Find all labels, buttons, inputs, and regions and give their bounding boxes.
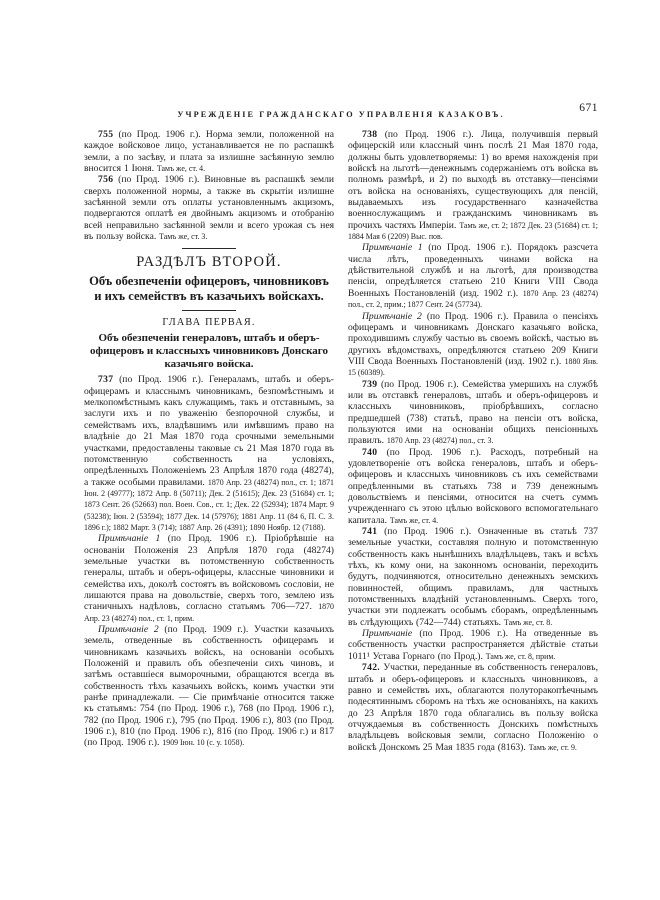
note-right-2: Примѣчаніе 2 (по Прод. 1906 г.). Правила… [348, 311, 598, 379]
article-intro: (по Прод. 1906 г.). [119, 374, 203, 385]
source-citation: Тамъ же, ст. 3. [159, 232, 207, 241]
source-citation: Тамъ же, ст. 4. [390, 516, 438, 525]
article-number: 737 [98, 374, 113, 385]
note-intro: (по Прод. 1906 г.). [427, 311, 509, 322]
book-page: УЧРЕЖДЕНІЕ ГРАЖДАНСКАГО УПРАВЛЕНІЯ КАЗАК… [0, 0, 660, 900]
note-left-9: Примѣчаніе 1 (по Прод. 1906 г.). Пріобрѣ… [84, 533, 334, 624]
article-intro: (по Прод. 1906 г.). [385, 129, 474, 140]
source-citation: Тамъ же, ст. 4. [157, 164, 205, 173]
right-column: 738 (по Прод. 1906 г.). Лица, получившія… [348, 129, 598, 753]
note-label: Примѣчаніе 1 [98, 533, 160, 544]
article-intro: (по Прод. 1906 г.). [387, 447, 482, 458]
source-citation: 1909 Іюн. 10 (с. у. 1058). [162, 738, 244, 747]
article-755: 755 (по Прод. 1906 г.). Норма земли, пол… [84, 129, 334, 174]
note-text: Участки казачьихъ земель, отведенные въ … [84, 624, 334, 748]
section-title: РАЗДѢЛЪ ВТОРОЙ. [84, 254, 334, 271]
running-header: УЧРЕЖДЕНІЕ ГРАЖДАНСКАГО УПРАВЛЕНІЯ КАЗАК… [84, 104, 598, 120]
note-label: Примѣчаніе [362, 628, 412, 639]
note-intro: (по Прод. 1906 г.). [419, 628, 508, 639]
section-divider [182, 310, 236, 311]
article-text: Означенные въ статьѣ 737 земельные участ… [348, 526, 598, 628]
note-text: Пріобрѣвшіе на основаніи Положенія 23 Ап… [84, 533, 334, 612]
section-subtitle: Объ обезпеченіи офицеровъ, чиновниковъ и… [84, 274, 334, 304]
note-intro: (по Прод. 1909 г.). [164, 624, 248, 635]
source-citation: 1870 Апр. 23 (48274) пол., ст. 3. [387, 436, 494, 445]
article-text: Участки, переданные въ собственность ген… [348, 662, 598, 752]
note-right-6: Примѣчаніе (по Прод. 1906 г.). На отведе… [348, 628, 598, 662]
article-intro: (по Прод. 1906 г.). [384, 526, 471, 537]
article-intro: (по Прод. 1906 г.). [118, 129, 200, 140]
article-number: 740 [362, 447, 377, 458]
article-740: 740 (по Прод. 1906 г.). Расходъ, потребн… [348, 447, 598, 526]
article-number: 741 [362, 526, 377, 537]
article-741: 741 (по Прод. 1906 г.). Означенные въ ст… [348, 526, 598, 628]
note-label: Примѣчаніе 1 [362, 242, 423, 253]
note-right-1: Примѣчаніе 1 (по Прод. 1906 г.). Порядок… [348, 242, 598, 310]
left-column: 755 (по Прод. 1906 г.). Норма земли, пол… [84, 129, 334, 749]
article-number: 739 [362, 379, 377, 390]
article-737: 737 (по Прод. 1906 г.). Генераламъ, штаб… [84, 374, 334, 533]
article-intro: (по Прод. 1906 г.). [118, 174, 199, 185]
article-text: Расходъ, потребный на удовлетвореніе отъ… [348, 447, 598, 526]
note-intro: (по Прод. 1906 г.). [168, 533, 257, 544]
note-label: Примѣчаніе 2 [98, 624, 159, 635]
source-citation: Тамъ же, ст. 9. [529, 743, 577, 752]
two-column-text: 755 (по Прод. 1906 г.). Норма земли, пол… [84, 129, 598, 753]
note-label: Примѣчаніе 2 [362, 311, 422, 322]
section-divider [182, 248, 236, 249]
article-756: 756 (по Прод. 1906 г.). Виновные въ расп… [84, 174, 334, 242]
article-742: 742. Участки, переданные въ собственност… [348, 662, 598, 753]
running-header-title: УЧРЕЖДЕНІЕ ГРАЖДАНСКАГО УПРАВЛЕНІЯ КАЗАК… [177, 110, 504, 119]
source-citation: Тамъ же, ст. 8, прим. [486, 652, 556, 661]
note-intro: (по Прод. 1906 г.). [428, 242, 512, 253]
article-number: 755 [98, 129, 113, 140]
article-intro: (по Прод. 1906 г.). [381, 379, 459, 390]
article-text: Лица, получившія первый офицерскій или к… [348, 129, 598, 231]
source-citation: Тамъ же, ст. 8. [504, 618, 552, 627]
article-number: 756 [98, 174, 113, 185]
article-738: 738 (по Прод. 1906 г.). Лица, получившія… [348, 129, 598, 242]
article-number: 738 [362, 129, 377, 140]
article-text: Генераламъ, штабъ и оберъ-офицерамъ и кл… [84, 374, 334, 487]
article-number: 742. [362, 662, 380, 673]
page-number: 671 [579, 102, 598, 114]
article-739: 739 (по Прод. 1906 г.). Семейства умерши… [348, 379, 598, 447]
chapter-title: ГЛАВА ПЕРВАЯ. [84, 317, 334, 328]
chapter-subtitle: Объ обезпеченіи генераловъ, штабъ и обер… [84, 332, 334, 371]
note-left-10: Примѣчаніе 2 (по Прод. 1909 г.). Участки… [84, 624, 334, 749]
